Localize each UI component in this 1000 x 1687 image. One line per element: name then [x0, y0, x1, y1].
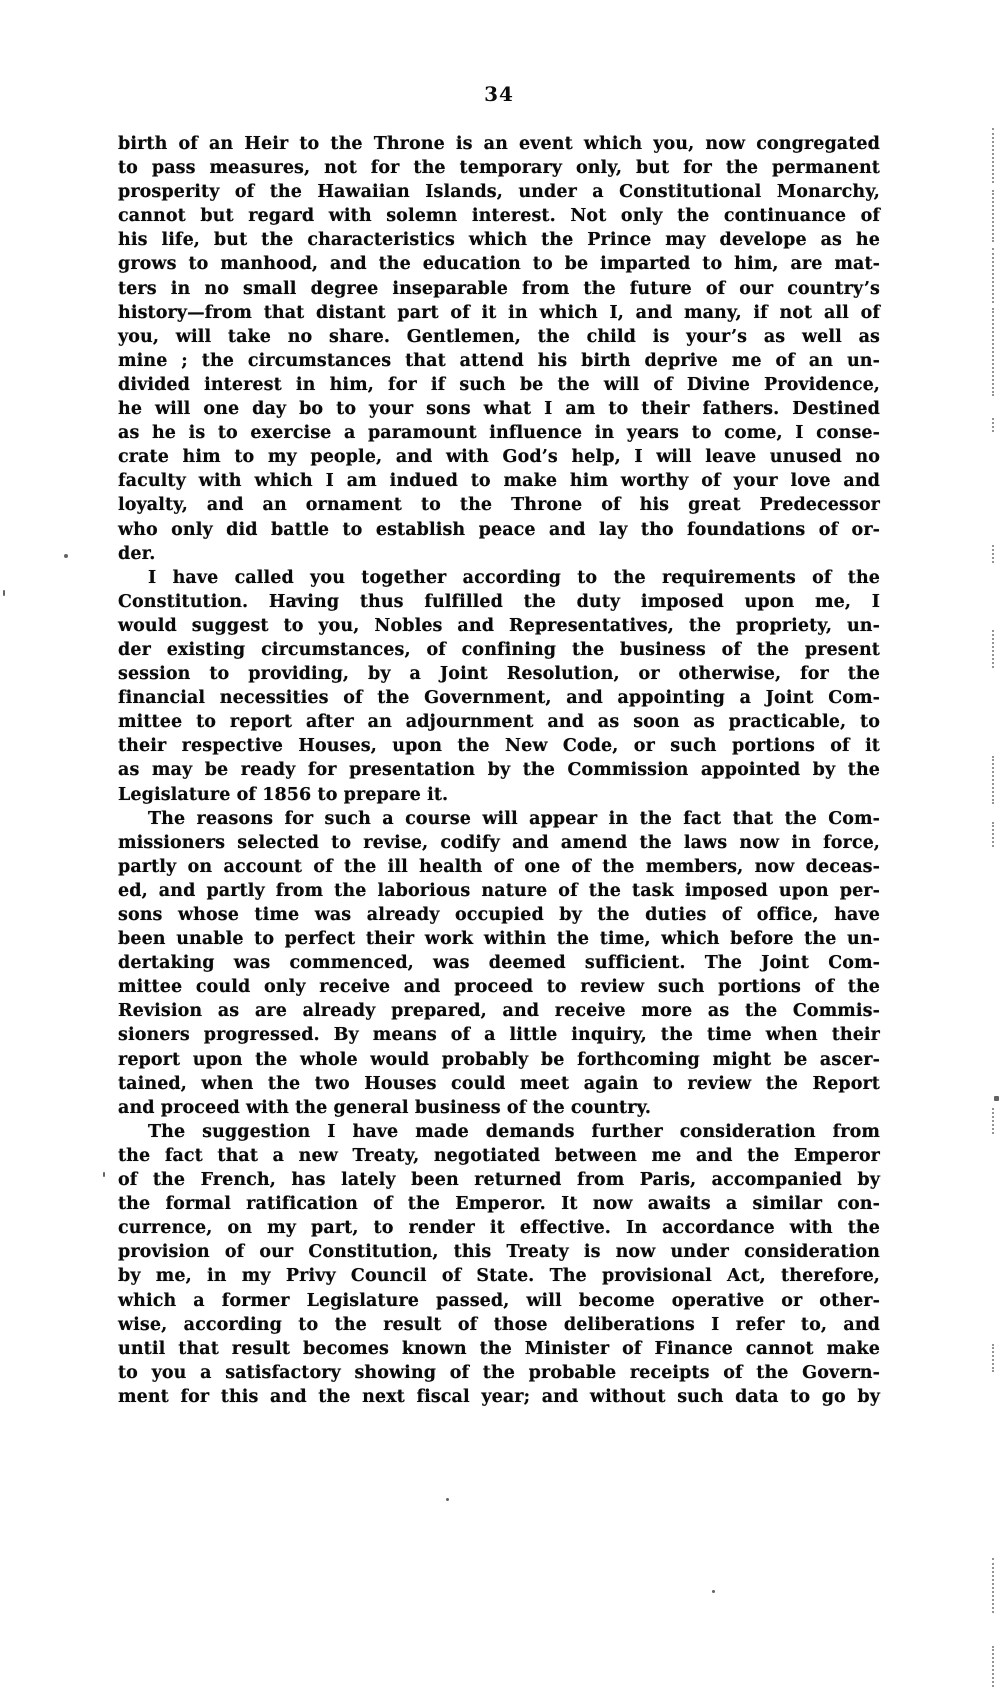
scan-speck — [712, 1590, 715, 1593]
text-line: The suggestion I have made demands furth… — [118, 1120, 880, 1144]
text-line: loyalty, and an ornament to the Throne o… — [118, 493, 880, 517]
page-text: birth of an Heir to the Throne is an eve… — [118, 132, 880, 1409]
text-line: The reasons for such a course will appea… — [118, 807, 880, 831]
text-line: would suggest to you, Nobles and Represe… — [118, 614, 880, 638]
text-line: and proceed with the general business of… — [118, 1096, 880, 1120]
text-line: been unable to perfect their work within… — [118, 927, 880, 951]
text-line: you, will take no share. Gentlemen, the … — [118, 325, 880, 349]
text-line: to you a satisfactory showing of the pro… — [118, 1361, 880, 1385]
text-line: currence, on my part, to render it effec… — [118, 1216, 880, 1240]
text-line: to pass measures, not for the temporary … — [118, 156, 880, 180]
text-line: as may be ready for presentation by the … — [118, 758, 880, 782]
text-line: Revision as are already prepared, and re… — [118, 999, 880, 1023]
text-line: sons whose time was already occupied by … — [118, 903, 880, 927]
text-line: der existing circumstances, of confining… — [118, 638, 880, 662]
text-line: mittee to report after an adjournment an… — [118, 710, 880, 734]
text-line: dertaking was commenced, was deemed suff… — [118, 951, 880, 975]
text-line: mine ; the circumstances that attend his… — [118, 349, 880, 373]
text-line: their respective Houses, upon the New Co… — [118, 734, 880, 758]
text-line: ters in no small degree inseparable from… — [118, 277, 880, 301]
page-number: 34 — [118, 82, 880, 106]
text-line: tained, when the two Houses could meet a… — [118, 1072, 880, 1096]
scan-edge-mark — [992, 822, 994, 847]
scan-edge-mark — [992, 1558, 994, 1613]
text-line: Constitution. Having thus fulfilled the … — [118, 590, 880, 614]
paragraph: birth of an Heir to the Throne is an eve… — [118, 132, 880, 566]
text-line: faculty with which I am indued to make h… — [118, 469, 880, 493]
text-line: birth of an Heir to the Throne is an eve… — [118, 132, 880, 156]
scan-edge-mark — [992, 630, 994, 668]
text-line: provision of our Constitution, this Trea… — [118, 1240, 880, 1264]
scan-speck — [994, 1096, 999, 1101]
scan-edge-mark — [992, 248, 994, 303]
scan-edge-mark — [992, 418, 994, 432]
scan-edge-mark — [992, 1646, 994, 1687]
text-line: ment for this and the next fiscal year; … — [118, 1385, 880, 1409]
text-line: as he is to exercise a paramount influen… — [118, 421, 880, 445]
text-line: wise, according to the result of those d… — [118, 1313, 880, 1337]
scan-edge-mark — [992, 1344, 994, 1372]
text-line: by me, in my Privy Council of State. The… — [118, 1264, 880, 1288]
text-line: report upon the whole would probably be … — [118, 1048, 880, 1072]
text-line: missioners selected to revise, codify an… — [118, 831, 880, 855]
text-line: the fact that a new Treaty, negotiated b… — [118, 1144, 880, 1168]
paragraph: The reasons for such a course will appea… — [118, 807, 880, 1120]
paragraph: I have called you together according to … — [118, 566, 880, 807]
scan-edge-mark — [992, 1108, 994, 1134]
scan-speck — [295, 598, 298, 601]
scan-edge-mark — [992, 756, 994, 804]
text-line: der. — [118, 542, 880, 566]
text-line: history—from that distant part of it in … — [118, 301, 880, 325]
text-line: I have called you together according to … — [118, 566, 880, 590]
scan-speck — [64, 554, 68, 558]
scan-speck — [446, 1498, 449, 1501]
text-line: prosperity of the Hawaiian Islands, unde… — [118, 180, 880, 204]
scan-edge-mark — [992, 545, 994, 563]
paragraph: The suggestion I have made demands furth… — [118, 1120, 880, 1409]
text-line: he will one day bo to your sons what I a… — [118, 397, 880, 421]
text-line: which a former Legislature passed, will … — [118, 1289, 880, 1313]
text-line: cannot but regard with solemn interest. … — [118, 204, 880, 228]
text-line: ed, and partly from the laborious nature… — [118, 879, 880, 903]
scan-edge-mark — [992, 308, 994, 396]
text-line: crate him to my people, and with God’s h… — [118, 445, 880, 469]
scan-edge-mark — [992, 128, 994, 183]
text-line: financial necessities of the Government,… — [118, 686, 880, 710]
text-line: until that result becomes known the Mini… — [118, 1337, 880, 1361]
text-line: his life, but the characteristics which … — [118, 228, 880, 252]
text-line: sioners progressed. By means of a little… — [118, 1023, 880, 1047]
text-line: session to providing, by a Joint Resolut… — [118, 662, 880, 686]
text-line: who only did battle to establish peace a… — [118, 518, 880, 542]
scan-speck — [103, 1172, 105, 1177]
text-line: partly on account of the ill health of o… — [118, 855, 880, 879]
scan-speck — [3, 590, 5, 596]
scan-edge-mark — [992, 190, 994, 242]
text-line: divided interest in him, for if such be … — [118, 373, 880, 397]
text-line: the formal ratification of the Emperor. … — [118, 1192, 880, 1216]
text-line: Legislature of 1856 to prepare it. — [118, 783, 880, 807]
text-line: mittee could only receive and proceed to… — [118, 975, 880, 999]
text-line: grows to manhood, and the education to b… — [118, 252, 880, 276]
scanned-book-page: 34 birth of an Heir to the Throne is an … — [0, 0, 1000, 1687]
text-line: of the French, has lately been returned … — [118, 1168, 880, 1192]
